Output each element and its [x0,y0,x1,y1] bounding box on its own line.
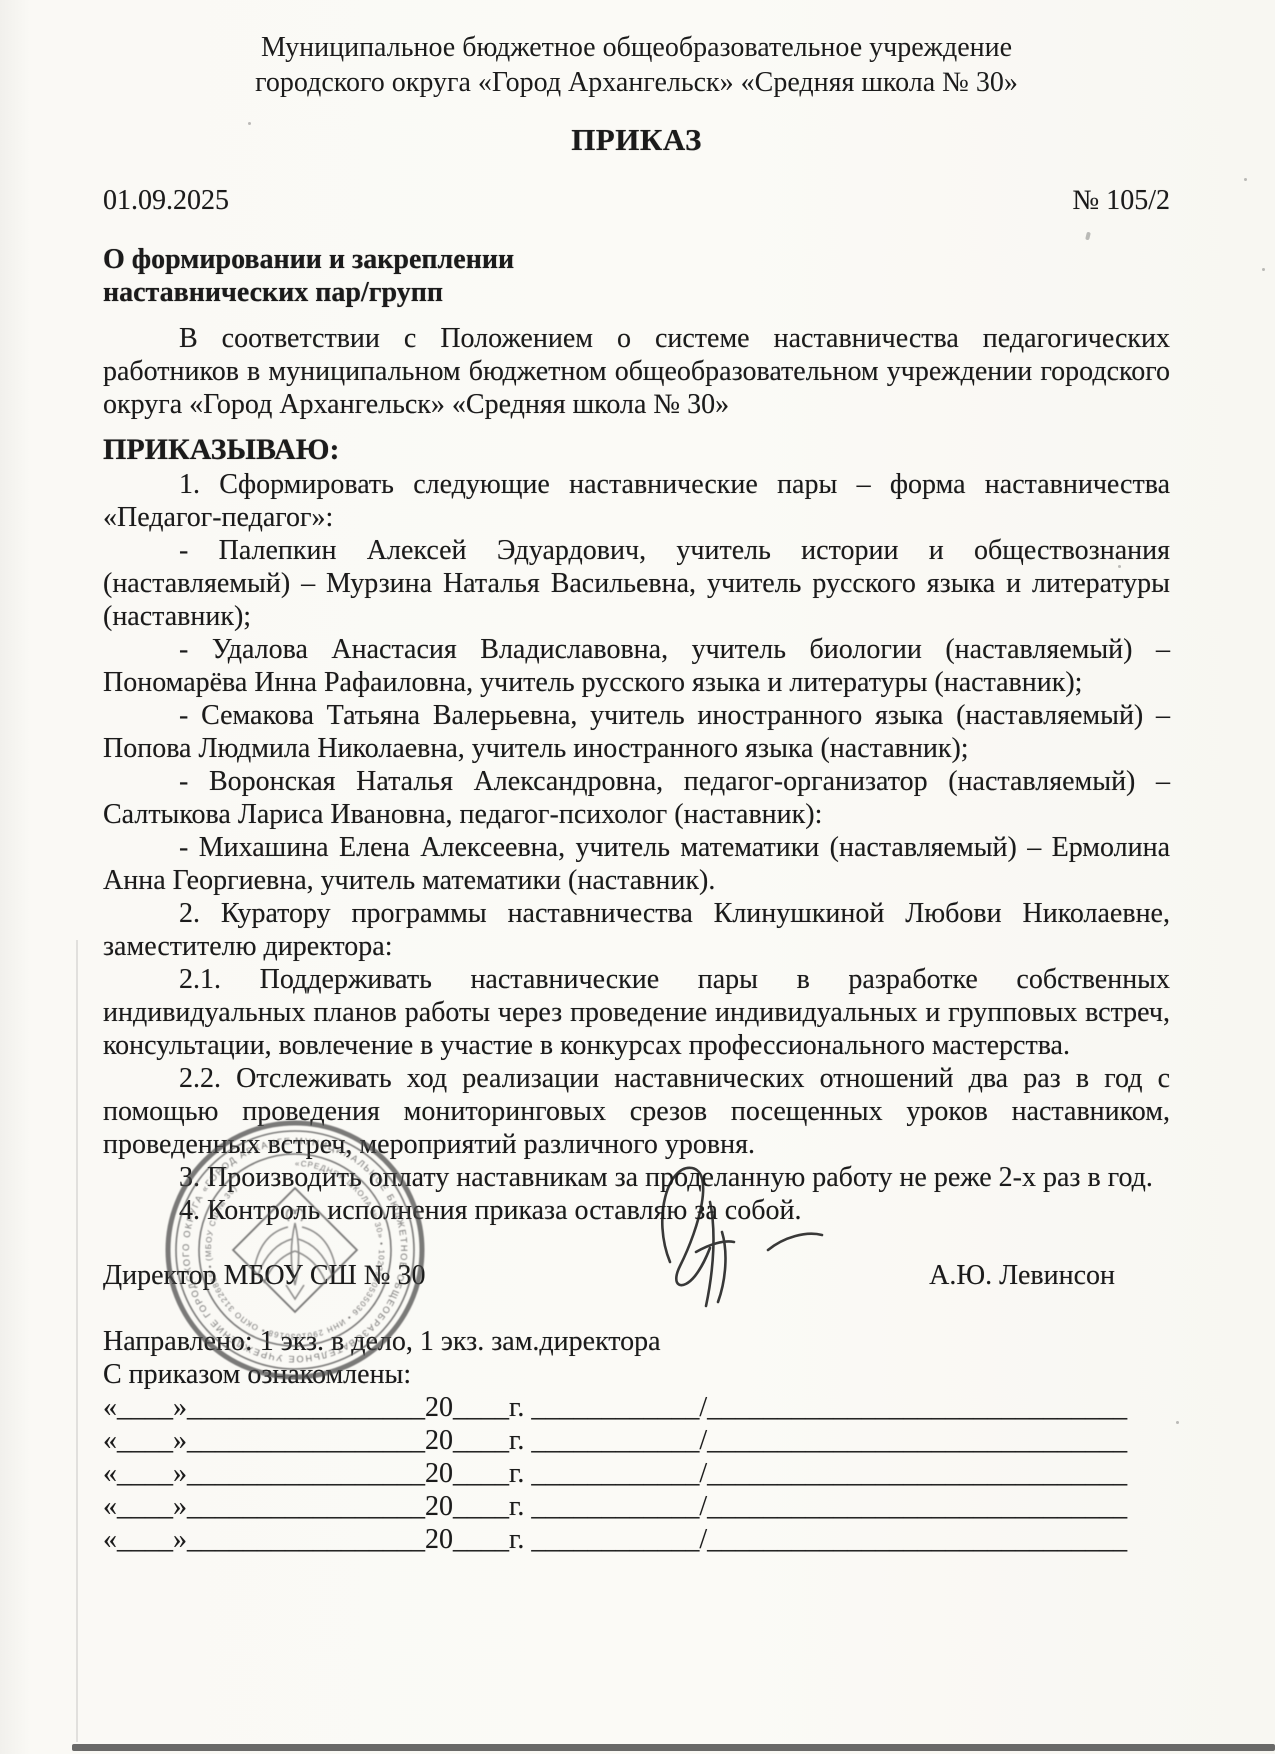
subject-line2: наставнических пар/групп [103,276,1170,309]
scan-speck [1118,565,1121,568]
acknowledgement-heading: С приказом ознакомлены: [103,1358,1170,1391]
intro-paragraph: В соответствии с Положением о системе на… [103,322,1170,421]
acknowledgement-row: «____»_________________20____г. ________… [103,1490,1170,1523]
acknowledgement-row: «____»_________________20____г. ________… [103,1391,1170,1424]
acknowledgement-rows: «____»_________________20____г. ________… [103,1391,1170,1556]
mentor-pair-item: - Воронская Наталья Александровна, педаг… [103,765,1170,831]
order-subject: О формировании и закреплении наставничес… [103,243,1170,309]
scan-speck [1244,178,1247,181]
document-title: ПРИКАЗ [103,122,1170,158]
date-number-row: 01.09.2025 № 105/2 [103,184,1170,217]
order-date: 01.09.2025 [103,184,229,217]
order-number: № 105/2 [1073,184,1171,217]
scan-speck [248,122,251,125]
organization-header: Муниципальное бюджетное общеобразователь… [103,30,1170,100]
document-content: Муниципальное бюджетное общеобразователь… [103,0,1170,1556]
scan-speck [1262,268,1265,271]
handwritten-signature [600,1140,850,1315]
distribution-note: Направлено: 1 экз. в дело, 1 экз. зам.ди… [103,1325,1170,1358]
order-item: 1. Сформировать следующие наставнические… [103,468,1170,534]
director-position-label: Директор МБОУ СШ № 30 [103,1259,426,1292]
org-name-line2: городского округа «Город Архангельск» «С… [103,65,1170,100]
mentor-pair-item: - Семакова Татьяна Валерьевна, учитель и… [103,699,1170,765]
org-name-line1: Муниципальное бюджетное общеобразователь… [103,30,1170,65]
scan-streak-artifact [76,940,78,1742]
order-item: 2. Куратору программы наставничества Кли… [103,897,1170,963]
scan-edge-artifact [72,1744,1275,1751]
acknowledgement-row: «____»_________________20____г. ________… [103,1424,1170,1457]
mentor-pair-item: - Палепкин Алексей Эдуардович, учитель и… [103,534,1170,633]
mentor-pair-item: - Михашина Елена Алексеевна, учитель мат… [103,831,1170,897]
acknowledgement-row: «____»_________________20____г. ________… [103,1457,1170,1490]
subject-line1: О формировании и закреплении [103,243,1170,276]
acknowledgement-row: «____»_________________20____г. ________… [103,1523,1170,1556]
director-name: А.Ю. Левинсон [929,1259,1115,1292]
mentor-pair-item: - Удалова Анастасия Владиславовна, учите… [103,633,1170,699]
scan-speck [1176,1421,1179,1424]
resolution-heading: ПРИКАЗЫВАЮ: [103,432,1170,468]
order-paragraphs: 1. Сформировать следующие наставнические… [103,468,1170,1227]
scanned-order-page: Муниципальное бюджетное общеобразователь… [0,0,1275,1754]
order-item: 2.1. Поддерживать наставнические пары в … [103,963,1170,1062]
